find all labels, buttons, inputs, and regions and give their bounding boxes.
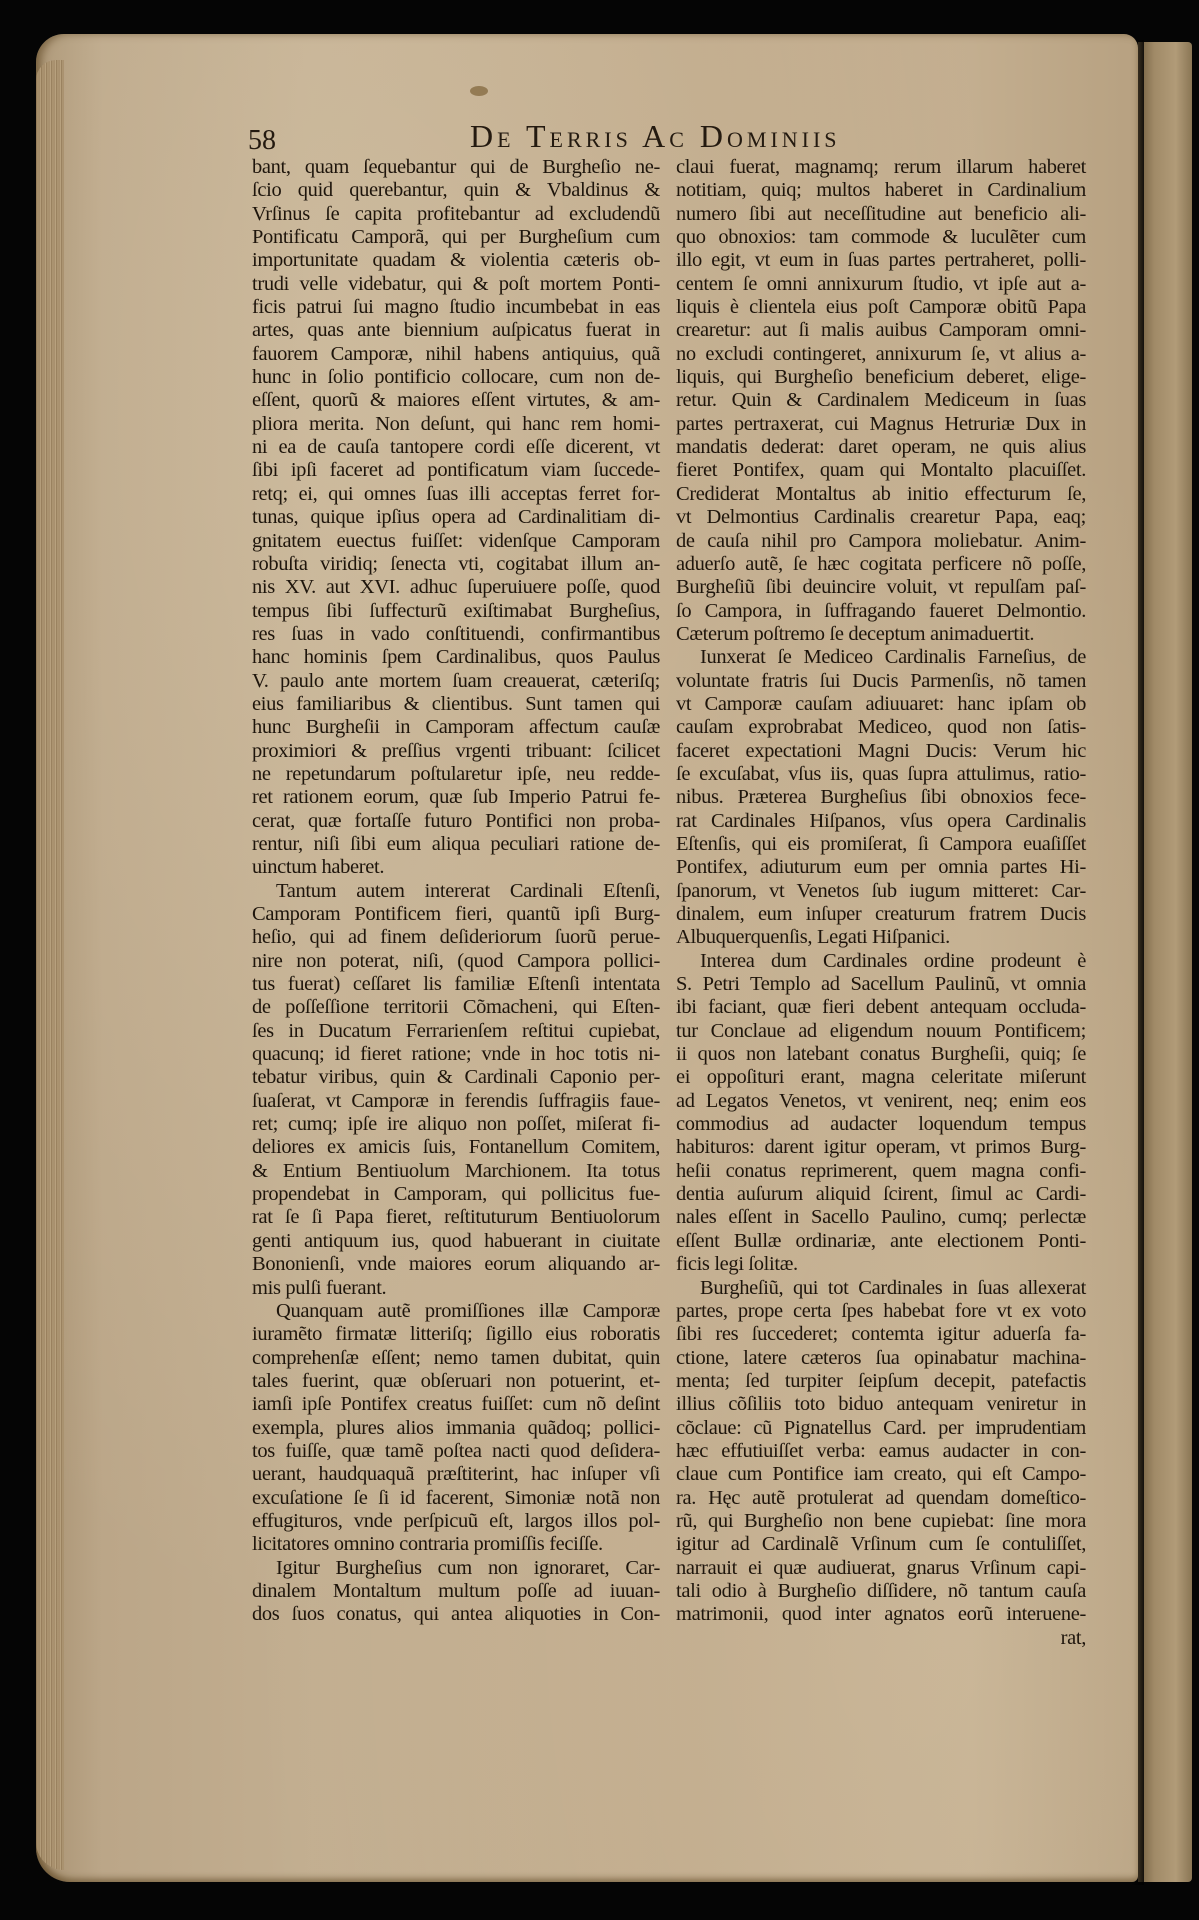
text-column-right: claui fuerat, magnamq; rerum illarum hab… — [676, 156, 1086, 1650]
text-line: fieret Pontifex, quam qui Montalto placu… — [676, 459, 1086, 482]
text-line: Pontificatu Camporã, qui per Burgheſium … — [252, 226, 660, 249]
text-line: ret; cumq; ipſe ire aliquo non poſſet, m… — [252, 1113, 660, 1136]
text-line: propendebat in Camporam, qui pollicitus … — [252, 1183, 660, 1206]
text-line: ſes in Ducatum Ferrarienſem reſtitui cup… — [252, 1020, 660, 1043]
text-line: uinctum haberet. — [252, 856, 660, 879]
text-line: igitur ad Cardinalẽ Vrſinum cum ſe contu… — [676, 1533, 1086, 1556]
text-line: proximiori & preſſius vrgenti tribuant: … — [252, 740, 660, 763]
text-line: Interea dum Cardinales ordine prodeunt è — [676, 950, 1086, 973]
text-line: Igitur Burgheſius cum non ignoraret, Car… — [252, 1557, 660, 1580]
text-line: ſibi ipſi faceret ad pontificatum viam ſ… — [252, 459, 660, 482]
text-line: quo obnoxios: tam commode & luculẽter cu… — [676, 226, 1086, 249]
text-line: bant, quam ſequebantur qui de Burgheſio … — [252, 156, 660, 179]
text-column-left: bant, quam ſequebantur qui de Burgheſio … — [252, 156, 660, 1627]
text-line: tus fuerat) ceſſaret lis familiæ Eſtenſi… — [252, 973, 660, 996]
text-line: cõclaue: cũ Pignatellus Card. per imprud… — [676, 1417, 1086, 1440]
text-line: rat, — [676, 1627, 1086, 1650]
text-line: rentur, niſi ſibi eum aliqua peculiari r… — [252, 833, 660, 856]
text-line: aduerſo autẽ, ſe hæc cogitata perficere … — [676, 553, 1086, 576]
page-number: 58 — [248, 125, 276, 157]
text-line: vt Delmontius Cardinalis crearetur Papa,… — [676, 506, 1086, 529]
text-line: Burgheſiũ, qui tot Cardinales in ſuas al… — [676, 1277, 1086, 1300]
text-line: Vrſinus ſe capita profitebantur ad exclu… — [252, 203, 660, 226]
text-line: numero ſibi aut neceſſitudine aut benefi… — [676, 203, 1086, 226]
text-line: tali odio à Burgheſio diſſidere, nõ tant… — [676, 1580, 1086, 1603]
text-line: heſio, qui ad finem deſideriorum ſuorũ p… — [252, 926, 660, 949]
text-line: liquis è clientela eius poſt Camporæ obi… — [676, 296, 1086, 319]
text-line: narrauit ei quæ audiuerat, gnarus Vrſinu… — [676, 1557, 1086, 1580]
paper-stain — [470, 86, 488, 96]
text-line: hanc hominis ſpem Cardinalibus, quos Pau… — [252, 646, 660, 669]
text-line: cauſam exprobrabat Mediceo, quod non ſat… — [676, 716, 1086, 739]
text-line: tur Conclaue ad eligendum nouum Pontific… — [676, 1020, 1086, 1043]
text-line: matrimonii, quod inter agnatos eorũ inte… — [676, 1603, 1086, 1626]
text-line: ni ea de cauſa tantopere cordi eſſe dice… — [252, 436, 660, 459]
text-line: de cauſa nihil pro Campora moliebatur. A… — [676, 530, 1086, 553]
text-line: ſpanorum, vt Venetos ſub iugum mitteret:… — [676, 880, 1086, 903]
text-line: centem ſe omni annixurum ſtudio, vt ipſe… — [676, 273, 1086, 296]
text-line: S. Petri Templo ad Sacellum Paulinũ, vt … — [676, 973, 1086, 996]
text-line: nibus. Præterea Burgheſius ſibi obnoxios… — [676, 786, 1086, 809]
text-line: genti antiquum ius, quod habuerant in ci… — [252, 1230, 660, 1253]
text-line: nire non poterat, niſi, (quod Campora po… — [252, 950, 660, 973]
text-line: eius familiaribus & clientibus. Sunt tam… — [252, 693, 660, 716]
text-line: ficis legi ſolitæ. — [676, 1253, 1086, 1276]
text-line: notitiam, quiq; multos haberet in Cardin… — [676, 179, 1086, 202]
text-line: de poſſeſſione territorii Cõmacheni, qui… — [252, 996, 660, 1019]
text-line: ii quos non latebant conatus Burgheſii, … — [676, 1043, 1086, 1066]
text-line: partes, prope certa ſpes habebat fore vt… — [676, 1300, 1086, 1323]
text-line: ſuaſerat, vt Camporæ in ferendis ſuffrag… — [252, 1090, 660, 1113]
text-line: mandatis dederat: daret operam, ne quis … — [676, 436, 1086, 459]
text-line: rat ſe ſi Papa fieret, reſtituturum Bent… — [252, 1206, 660, 1229]
text-line: tales fuerint, quæ obſeruari non potueri… — [252, 1370, 660, 1393]
text-line: Cæterum poſtremo ſe deceptum animaduerti… — [676, 623, 1086, 646]
text-line: fauorem Camporæ, nihil habens antiquius,… — [252, 343, 660, 366]
text-line: vt Camporæ cauſam adiuuaret: hanc ipſam … — [676, 693, 1086, 716]
text-line: Camporam Pontificem fieri, quantũ ipſi B… — [252, 903, 660, 926]
text-line: comprehenſæ eſſent; nemo tamen dubitat, … — [252, 1347, 660, 1370]
text-line: pliora merita. Non deſunt, qui hanc rem … — [252, 413, 660, 436]
text-line: importunitate quadam & violentia cæteris… — [252, 249, 660, 272]
text-line: tunas, quique ipſius opera ad Cardinalit… — [252, 506, 660, 529]
text-line: ne repetundarum poſtularetur ipſe, neu r… — [252, 763, 660, 786]
text-line: Quanquam autẽ promiſſiones illæ Camporæ — [252, 1300, 660, 1323]
text-line: ſibi res ſuccederet; contemta igitur adu… — [676, 1323, 1086, 1346]
text-line: partes pertraxerat, cui Magnus Hetruriæ … — [676, 413, 1086, 436]
text-line: iamſi ipſe Pontifex creatus fuiſſet: cum… — [252, 1393, 660, 1416]
text-line: voluntate fratris ſui Ducis Parmenſis, n… — [676, 670, 1086, 693]
text-line: uerant, haudquaquã præſtiterint, hac inſ… — [252, 1463, 660, 1486]
text-line: nales eſſent in Sacello Paulino, cumq; p… — [676, 1206, 1086, 1229]
text-line: Pontifex, adiuturum eum per omnia partes… — [676, 856, 1086, 879]
text-line: iuramẽto firmatæ litteriſq; ſigillo eius… — [252, 1323, 660, 1346]
text-line: excuſatione ſe ſi id facerent, Simoniæ n… — [252, 1487, 660, 1510]
text-line: ſo Campora, in ſuffragando faueret Delmo… — [676, 600, 1086, 623]
text-line: liquis, qui Burgheſio beneficium deberet… — [676, 366, 1086, 389]
text-line: rũ, qui Burgheſio non bene cupiebat: ſin… — [676, 1510, 1086, 1533]
text-line: tos fuiſſe, quæ tamẽ poſtea nacti quod d… — [252, 1440, 660, 1463]
text-line: ret rationem eorum, quæ ſub Imperio Patr… — [252, 786, 660, 809]
text-line: retq; ei, qui omnes ſuas illi acceptas f… — [252, 483, 660, 506]
next-page-edge — [1138, 42, 1192, 1882]
text-line: dinalem, eum inſuper creaturum fratrem D… — [676, 903, 1086, 926]
text-line: & Entium Bentiuolum Marchionem. Ita totu… — [252, 1160, 660, 1183]
text-line: Albuquerquenſis, Legati Hiſpanici. — [676, 926, 1086, 949]
text-line: dos ſuos conatus, qui antea aliquoties i… — [252, 1603, 660, 1626]
text-line: cerat, quæ fortaſſe futuro Pontifici non… — [252, 810, 660, 833]
text-line: V. paulo ante mortem ſuam creauerat, cæt… — [252, 670, 660, 693]
text-line: tempus ſibi ſuffecturũ exiſtimabat Burgh… — [252, 600, 660, 623]
text-line: claue cum Pontifice iam creato, qui eſt … — [676, 1463, 1086, 1486]
text-line: Crediderat Montaltus ab initio effecturu… — [676, 483, 1086, 506]
text-line: Bononienſi, vnde maiores eorum aliquando… — [252, 1253, 660, 1276]
page-fore-edge — [36, 60, 64, 1870]
text-line: eſſent Bullæ ordinariæ, ante electionem … — [676, 1230, 1086, 1253]
text-line: mis pulſi fuerant. — [252, 1277, 660, 1300]
text-line: ra. Hęc autẽ protulerat ad quendam domeſ… — [676, 1487, 1086, 1510]
text-line: Eſtenſis, qui eis promiſerat, ſi Campora… — [676, 833, 1086, 856]
text-line: effugituros, vnde perſpicuũ eſt, largos … — [252, 1510, 660, 1533]
text-line: deliores ex amicis ſuis, Fontanellum Com… — [252, 1136, 660, 1159]
text-line: eſſent, quorũ & maiores eſſent virtutes,… — [252, 389, 660, 412]
text-line: dinalem Montaltum multum poſſe ad iuuan- — [252, 1580, 660, 1603]
text-line: dentia auſurum aliquid ſcirent, ſimul ac… — [676, 1183, 1086, 1206]
text-line: crearetur: aut ſi malis auibus Camporam … — [676, 319, 1086, 342]
text-line: menta; ſed turpiter ſeipſum decepit, pat… — [676, 1370, 1086, 1393]
text-line: robuſta viridiq; ſenecta vti, cogitabat … — [252, 553, 660, 576]
text-line: hæc effutiuiſſet verba: eamus audacter i… — [676, 1440, 1086, 1463]
text-line: Burgheſiũ ſibi deuincire voluit, vt repu… — [676, 576, 1086, 599]
text-line: ſcio quid querebantur, quin & Vbaldinus … — [252, 179, 660, 202]
text-line: illius cõſiliis toto biduo antequam veni… — [676, 1393, 1086, 1416]
text-line: Tantum autem intererat Cardinali Eſtenſi… — [252, 880, 660, 903]
text-line: nis XV. aut XVI. adhuc ſuperuiuere poſſe… — [252, 576, 660, 599]
text-line: claui fuerat, magnamq; rerum illarum hab… — [676, 156, 1086, 179]
text-line: illo egit, vt eum in ſuas partes pertrah… — [676, 249, 1086, 272]
text-line: res ſuas in vado conſtituendi, confirman… — [252, 623, 660, 646]
text-line: no excludi contingeret, annixurum ſe, vt… — [676, 343, 1086, 366]
text-line: licitatores omnino contraria promiſſis f… — [252, 1533, 660, 1556]
text-line: ficis patrui ſui magno ſtudio incumbebat… — [252, 296, 660, 319]
text-line: tebatur viribus, quin & Cardinali Caponi… — [252, 1066, 660, 1089]
text-line: exempla, plures alios immania quãdoq; po… — [252, 1417, 660, 1440]
text-line: commodius ad audacter loquendum tempus — [676, 1113, 1086, 1136]
text-line: habituros: darent igitur operam, vt prim… — [676, 1136, 1086, 1159]
text-line: hunc in ſolio pontificio collocare, cum … — [252, 366, 660, 389]
text-line: gnitatem euectus fuiſſet: videnſque Camp… — [252, 530, 660, 553]
text-line: faceret expectationi Magni Ducis: Verum … — [676, 740, 1086, 763]
text-line: ſe excuſabat, vſus iis, quas ſupra attul… — [676, 763, 1086, 786]
text-line: rat Cardinales Hiſpanos, vſus opera Card… — [676, 810, 1086, 833]
text-line: Iunxerat ſe Mediceo Cardinalis Farneſius… — [676, 646, 1086, 669]
text-line: hunc Burgheſii in Camporam affectum cauſ… — [252, 716, 660, 739]
text-line: retur. Quin & Cardinalem Mediceum in ſua… — [676, 389, 1086, 412]
text-line: trudi velle videbatur, qui & poſt mortem… — [252, 273, 660, 296]
text-line: ctione, latere cæteros ſua opinabatur ma… — [676, 1347, 1086, 1370]
text-line: ad Legatos Venetos, vt venirent, neq; en… — [676, 1090, 1086, 1113]
text-line: heſii conatus reprimerent, quem magna co… — [676, 1160, 1086, 1183]
text-line: quacunq; id fieret ratione; vnde in hoc … — [252, 1043, 660, 1066]
text-line: ibi faciant, quæ fieri debent antequam o… — [676, 996, 1086, 1019]
running-head-title: De Terris Ac Dominiis — [470, 118, 841, 155]
text-line: artes, quas ante biennium auſpicatus fue… — [252, 319, 660, 342]
text-line: ei oppoſituri erant, magna celeritate mi… — [676, 1066, 1086, 1089]
